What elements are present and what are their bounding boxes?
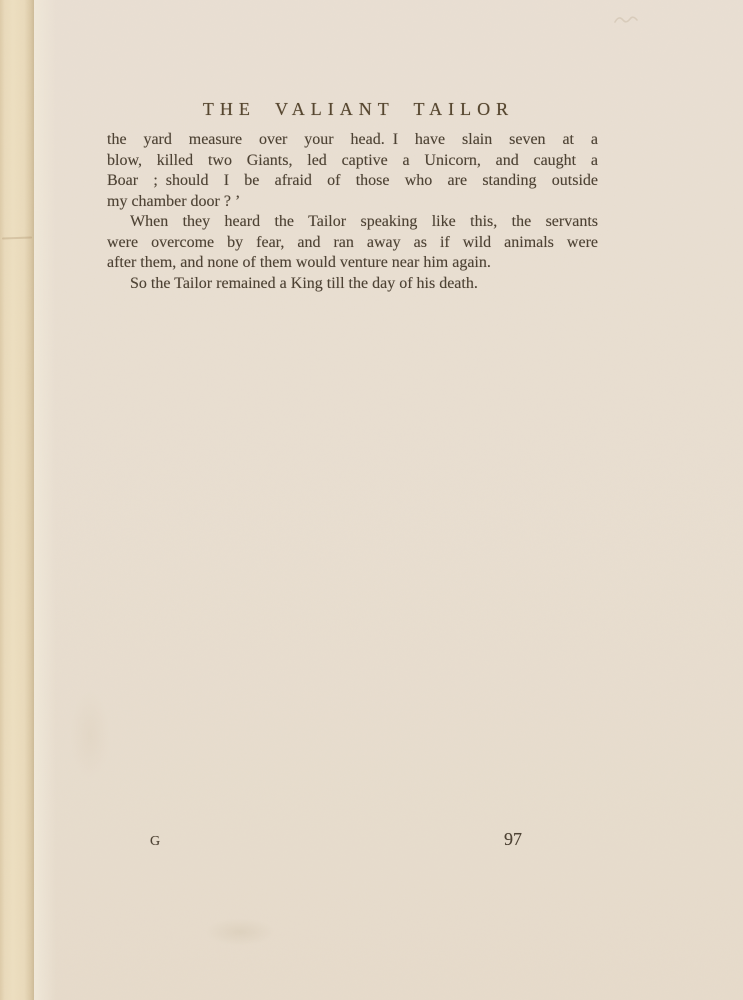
paper-smudge [205,918,275,946]
page-title: THE VALIANT TAILOR [107,99,604,120]
signature-mark: G [150,834,160,850]
page-number: 97 [504,829,522,850]
text-line: the yard measure over your head. I have … [107,130,598,151]
body-text-block: the yard measure over your head. I have … [107,130,598,294]
text-line: When they heard the Tailor speaking like… [107,212,598,233]
paper-smudge [70,690,110,780]
page-fold-highlight [34,0,56,1000]
book-page: THE VALIANT TAILOR the yard measure over… [0,0,743,1000]
binding-gutter-edge [0,0,34,1000]
pencil-squiggle-mark [612,12,642,30]
text-line: my chamber door ? ’ [107,192,598,213]
text-line: So the Tailor remained a King till the d… [107,274,598,295]
text-line: blow, killed two Giants, led captive a U… [107,151,598,172]
text-line: were overcome by fear, and ran away as i… [107,233,598,254]
text-line: Boar ; should I be afraid of those who a… [107,171,598,192]
text-line: after them, and none of them would ventu… [107,253,598,274]
